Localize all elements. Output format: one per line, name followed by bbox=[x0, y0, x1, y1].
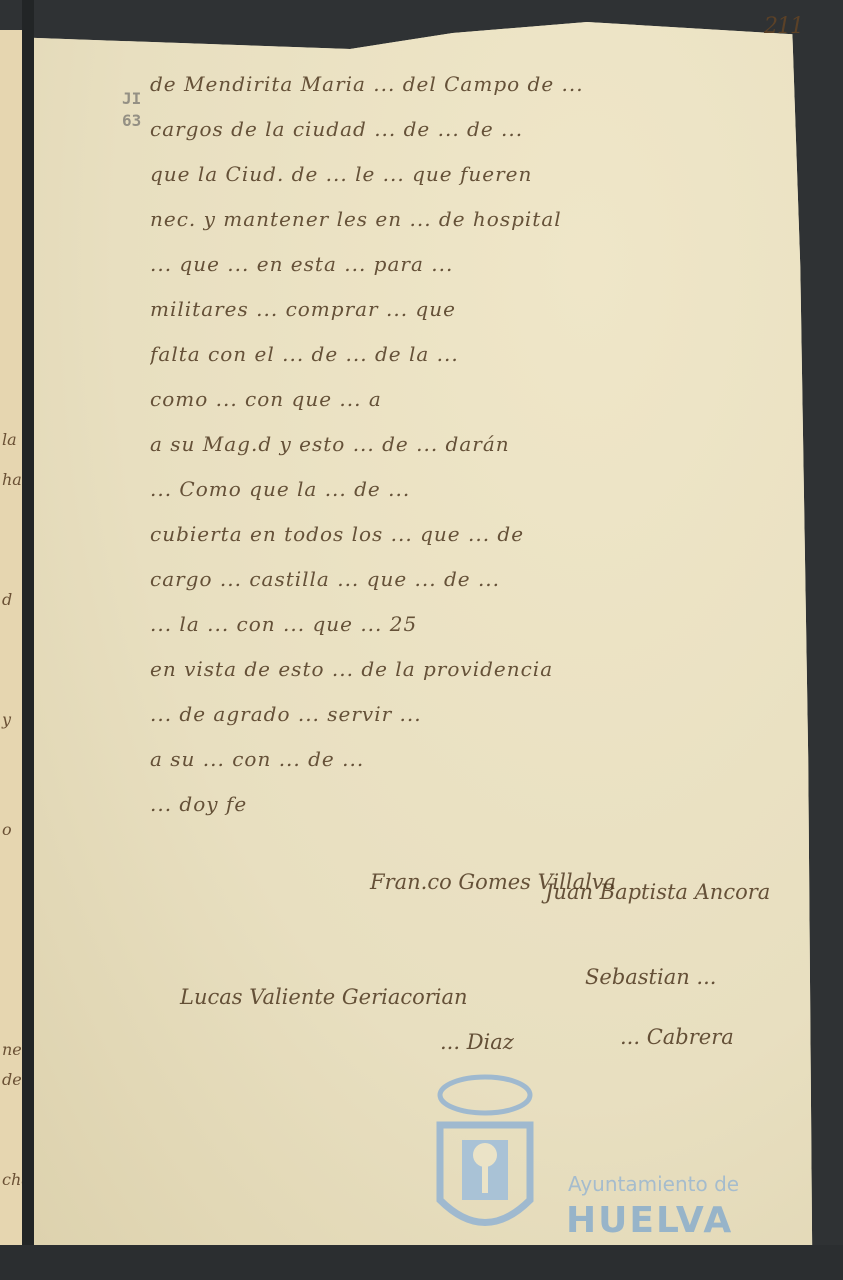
text-line: falta con el ... de ... de la ... bbox=[150, 342, 800, 387]
signature: Sebastian ... bbox=[585, 965, 716, 989]
margin-fragment: ha bbox=[2, 470, 22, 489]
margin-fragment: la bbox=[2, 430, 17, 449]
text-line: militares ... comprar ... que bbox=[150, 297, 800, 342]
signature: Lucas Valiente Geriacorian bbox=[180, 985, 468, 1009]
manuscript-text: de Mendirita Maria ... del Campo de ... … bbox=[150, 72, 800, 837]
folio-number: 211 bbox=[764, 14, 803, 39]
margin-fragment: de bbox=[2, 1070, 22, 1089]
adjacent-page-edge: la ha d y o ner de cha bbox=[0, 30, 24, 1280]
signature: ... Cabrera bbox=[620, 1025, 734, 1049]
text-line: ... la ... con ... que ... 25 bbox=[150, 612, 800, 657]
text-line: que la Ciud. de ... le ... que fueren bbox=[150, 162, 800, 207]
text-line: ... que ... en esta ... para ... bbox=[150, 252, 800, 297]
signature: Juan Baptista Ancora bbox=[545, 880, 770, 904]
text-line: cargos de la ciudad ... de ... de ... bbox=[150, 117, 800, 162]
watermark-line2: HUELVA bbox=[566, 1200, 733, 1241]
text-line: en vista de esto ... de la providencia bbox=[150, 657, 800, 702]
text-line: a su Mag.d y esto ... de ... darán bbox=[150, 432, 800, 477]
binding-gutter bbox=[22, 0, 34, 1280]
text-line: como ... con que ... a bbox=[150, 387, 800, 432]
huelva-coat-of-arms-icon bbox=[430, 1070, 540, 1245]
text-line: cubierta en todos los ... que ... de bbox=[150, 522, 800, 567]
text-line: cargo ... castilla ... que ... de ... bbox=[150, 567, 800, 612]
text-line: ... Como que la ... de ... bbox=[150, 477, 800, 522]
watermark-line1: Ayuntamiento de bbox=[568, 1172, 739, 1196]
scan-background bbox=[0, 1245, 843, 1280]
margin-fragment: y bbox=[2, 710, 11, 729]
signature: ... Diaz bbox=[440, 1030, 514, 1054]
margin-fragment: d bbox=[2, 590, 12, 609]
text-line: de Mendirita Maria ... del Campo de ... bbox=[150, 72, 800, 117]
text-line: nec. y mantener les en ... de hospital bbox=[150, 207, 800, 252]
text-line: a su ... con ... de ... bbox=[150, 747, 800, 792]
margin-fragment: o bbox=[2, 820, 12, 839]
text-line: ... doy fe bbox=[150, 792, 800, 837]
text-line: ... de agrado ... servir ... bbox=[150, 702, 800, 747]
